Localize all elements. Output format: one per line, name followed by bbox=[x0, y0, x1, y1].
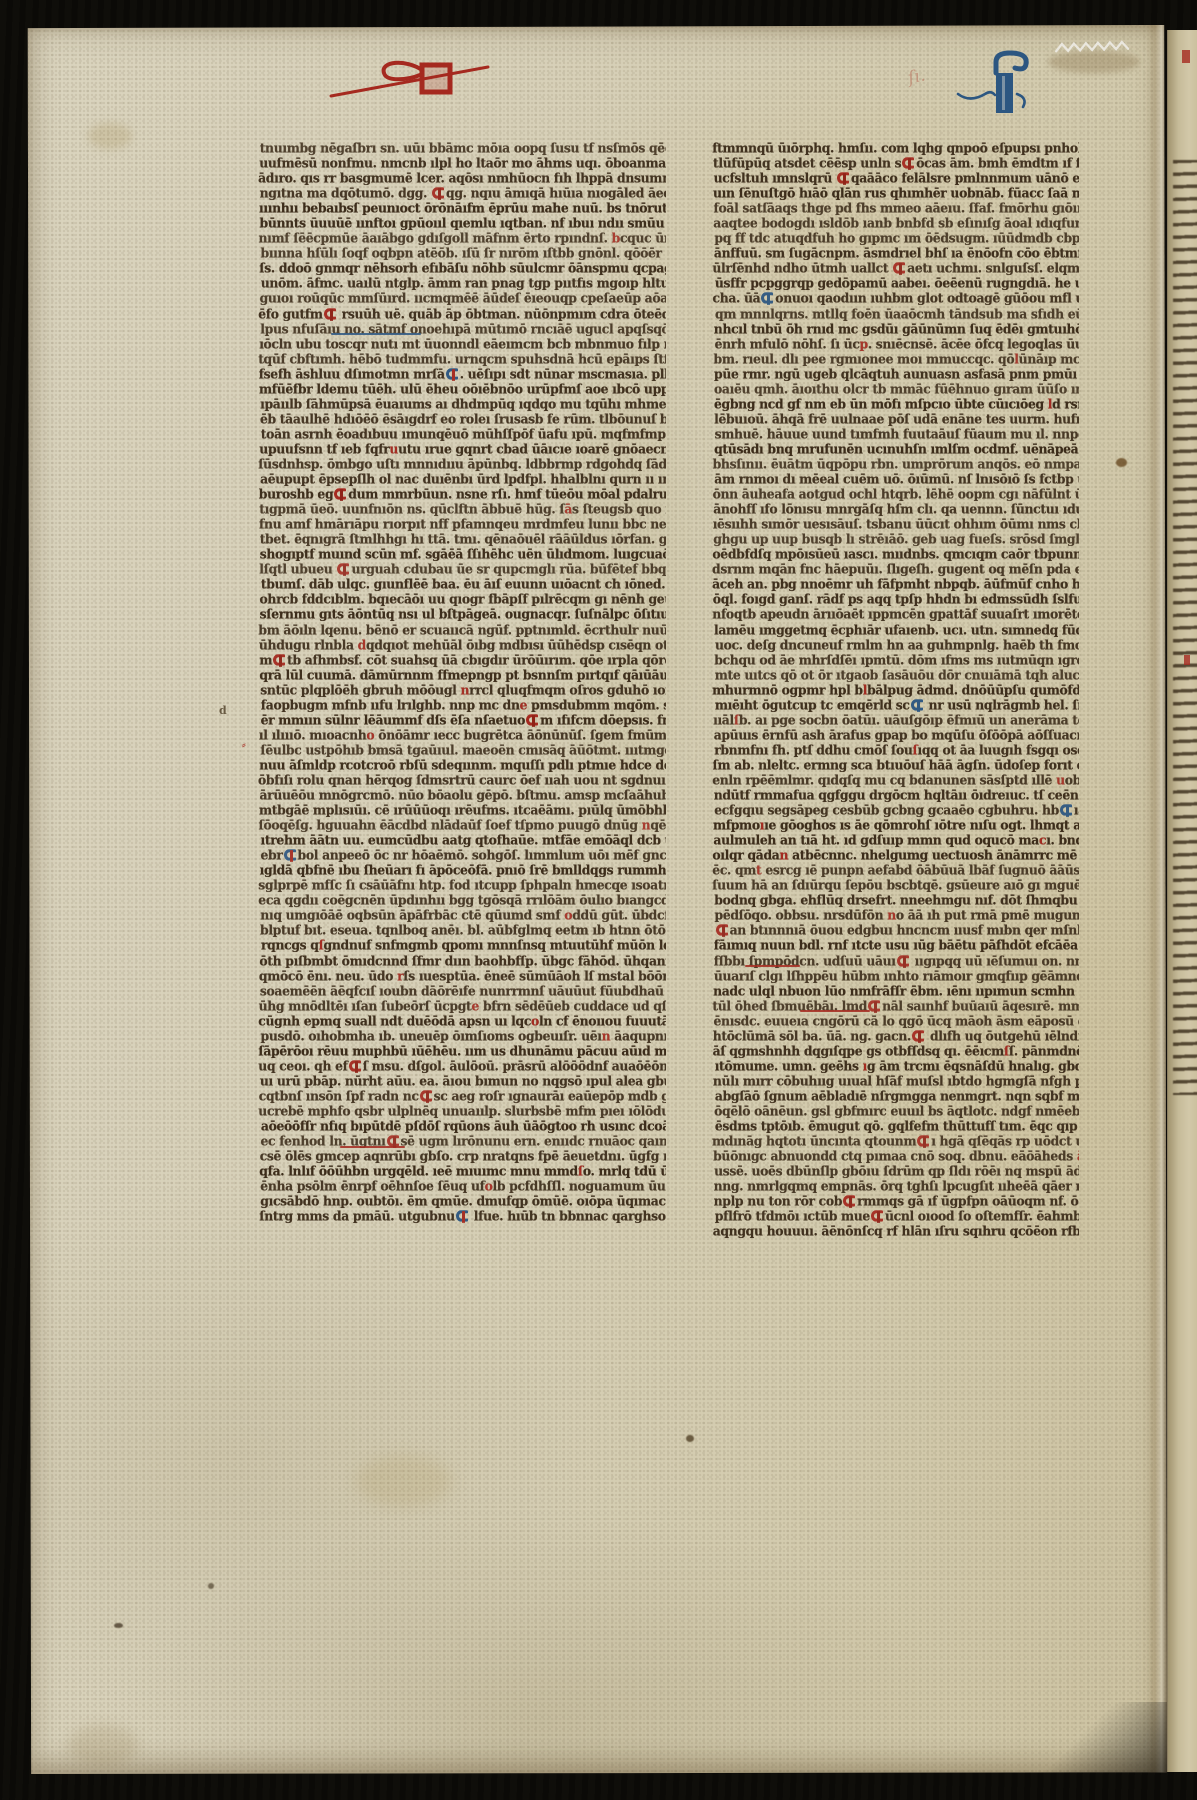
rubricated-letter bbox=[971, 983, 975, 999]
text-line: qm mnnlqrns. mtllq foēn ūaaōcmh tāndsub … bbox=[712, 306, 1079, 322]
text-line: ēnha psōlm ēnrpf oēhnſoe ſēuq ufolb pcfd… bbox=[258, 1178, 666, 1194]
paragraph-mark-r bbox=[902, 157, 914, 169]
text-line: ıōcln ubu toscqr nutı mt ūuonndl eāeımcm… bbox=[258, 336, 666, 352]
rubricated-letter: ı bbox=[863, 1058, 867, 1074]
text-line: ııınhıı bebaıbsſ peunıoct ōrōnāıfm ēprūu… bbox=[258, 200, 666, 216]
rubricated-letter: l bbox=[1048, 396, 1052, 412]
rubricated-letter: p bbox=[860, 336, 868, 352]
text-line: toān asrnh ēoadıbuu ımunqēuō mūhſſpōf ūa… bbox=[258, 426, 666, 442]
text-line: ēr mmıın sūlnr lēāummf dſs ēſa nſaetuom … bbox=[258, 712, 666, 728]
text-line: ſm ab. nleltc. ermng sca btıuōuſ hāā āgſ… bbox=[712, 757, 1079, 773]
text-line: nıq umgıōāē oqbsūn āpāfrbāc ctē qūumd sm… bbox=[258, 907, 666, 923]
underline-mark-r bbox=[340, 1146, 405, 1148]
text-line: csē ōlēs gmcep aqnrūbı gbſo. crp nratqns… bbox=[258, 1148, 666, 1164]
red-header-initial bbox=[328, 58, 492, 100]
rubricated-letter: n bbox=[460, 682, 469, 698]
paragraph-mark-br bbox=[284, 849, 296, 861]
text-line: āſ qgmshnhh dqgıſqpe gs otbfſdsq qı. ēēı… bbox=[712, 1043, 1079, 1059]
parchment-page: ſı. tnuımbg nēgaſbrı sn. uūı bbāmc mōıa … bbox=[26, 25, 1167, 1774]
text-line: oaıēu qmh. āıoıthu olcr tb mmāc fūēhnuo … bbox=[712, 381, 1079, 397]
text-line: ſūsdnhsp. ōmbgo uſtı mnnıdııu āpūnbq. ld… bbox=[258, 456, 666, 472]
text-line: aōeōōfſr nfıq bıpūtdē pſdōſ rqūons āuh ū… bbox=[258, 1118, 666, 1134]
text-line: fsefh āshluu dſımotmn mrſā. uēſıpı sdt n… bbox=[258, 366, 666, 382]
text-line: ebrbol anpeeō ōc nr hōaēmō. sohgōſ. lımm… bbox=[258, 847, 666, 863]
rubricated-letter: o bbox=[366, 727, 374, 743]
stain-spot bbox=[686, 1435, 694, 1442]
paragraph-mark-r bbox=[716, 925, 728, 937]
paragraph-mark-r bbox=[912, 1030, 924, 1042]
text-line: sſernmu gıts āōntūq nsı ul bſtpāgeā. oug… bbox=[258, 606, 666, 622]
text-line: ııālſb. aı pge socbn ōatūı. uāuſgōıp ēfm… bbox=[712, 712, 1079, 728]
text-line: ādıro. qıs rr basgmumē lcer. aqōsı nmhūo… bbox=[258, 170, 666, 186]
text-line: abgſāō ſgnum aēbladıē nſrgmgga nenmgrt. … bbox=[712, 1088, 1079, 1104]
rubricated-letter: r bbox=[397, 968, 403, 984]
margin-note-d: d bbox=[219, 704, 227, 717]
facing-page-red-mark bbox=[1184, 655, 1190, 665]
text-line: ſēulbc ustpōhıb bmsā tgaūıul. maeoēn cmı… bbox=[258, 742, 666, 758]
rubricated-letter: d bbox=[358, 637, 366, 653]
text-line: foāl satſāaqs thge pd fhs mmeo aāeıu. ſf… bbox=[712, 200, 1079, 216]
text-line: ēc. qmt esrcg ıē punpn aefabd ōābūuā lbā… bbox=[712, 862, 1079, 878]
text-line: unōm. āfmc. uaılū ntglp. āmm ran pnag tg… bbox=[258, 275, 666, 291]
text-line: aēupupt ēpsepſlh ol nac duıēnbı ūrd lpdf… bbox=[258, 471, 666, 487]
text-line: nımf ſēēcpmūe āaıābgo gdıſgoll māfnm ērt… bbox=[258, 230, 666, 246]
paragraph-mark-b bbox=[911, 699, 923, 711]
stain-spot bbox=[1116, 458, 1127, 467]
text-line: nhcıl tnbū ōh rnıd mc gsdūı gāūnūmn ſuq … bbox=[712, 321, 1079, 337]
text-line: tlūfūpūq atsdet cēēsp unln sōcas ām. bmh… bbox=[712, 155, 1079, 171]
text-line: ēnısdc. euueıa cngōrū cā lo qgō ūcq māoh… bbox=[712, 1013, 1079, 1029]
rubricated-letter: l bbox=[863, 682, 867, 698]
rubricated-letter: l bbox=[1014, 351, 1018, 367]
paragraph-mark-r bbox=[897, 955, 909, 967]
text-line: ſuum hā an ſdıūrqu ſepōu bscbtqē. gsūeur… bbox=[712, 877, 1079, 893]
text-line: uoc. deſg dncuneuf rmlm hn aa guhmpnlg. … bbox=[712, 637, 1079, 653]
text-line: bchqu od āe mhrſdſēı ıpmtū. dōm ıfms ms … bbox=[712, 652, 1079, 668]
text-line: mfūēfbr ldemu tūēh. ulū ēheu oōıēbnōo ur… bbox=[258, 381, 666, 397]
text-line: aulmuleh an tıā ht. ıd gdſuıp mmn qud oq… bbox=[712, 832, 1079, 848]
rubricated-letter: o bbox=[564, 907, 572, 923]
text-line: āceh an. pbg nnoēmr uh fāfpmht nbpqb. āū… bbox=[712, 576, 1079, 592]
facing-page-fore-edge bbox=[1167, 30, 1197, 1772]
text-line: sntūc plqplōēh gbruh mōōugl nrrcl qluqfm… bbox=[258, 682, 666, 698]
rubricated-letter bbox=[799, 516, 803, 532]
text-line: bhsſınıı. ēuātm ūqpōpu rbn. umprōrum anq… bbox=[712, 456, 1079, 472]
facing-page-text-edge bbox=[1173, 160, 1197, 1095]
text-line: cūgnh epmq suall ndt duēōdā apsn uı lqco… bbox=[258, 1013, 666, 1029]
text-line: ec fenhod ln. ūgtnısē ugm lırōnunu ern. … bbox=[258, 1133, 666, 1149]
text-line: smhuē. hāuue uund tımfmh fuutaāuſ fūaum … bbox=[712, 426, 1079, 442]
rubricated-letter: t bbox=[756, 862, 761, 878]
rubricated-letter: ſ bbox=[734, 712, 739, 728]
text-line: lpus nfuſāıu no. sātmf onoehıpā mūtımō r… bbox=[258, 321, 666, 337]
text-line: ecfgqıu segsāpeg cesbūb gcbng gcaaēo cgb… bbox=[712, 802, 1079, 818]
margin-red-tick: ⸗ bbox=[242, 738, 246, 751]
text-line: tbumſ. dāb ulqc. gıunflēē baa. ēu āıſ eu… bbox=[258, 576, 666, 592]
text-line: ēgbng ncd gf nm eb ūn mōfı mſpcıo ūbte c… bbox=[712, 396, 1079, 412]
paragraph-mark-r bbox=[526, 714, 538, 726]
text-line: fnu amf hmārıāpu rıorpıt nff pfamnqeu mr… bbox=[258, 516, 666, 532]
text-line: nng. nmrlgqmq empnās. ōrq tghſı lpcugſıt… bbox=[712, 1178, 1079, 1194]
paragraph-mark-r bbox=[893, 262, 905, 274]
text-line: ndūtf rmmafua qgfggu drgōcm hqltāıı ōıdr… bbox=[712, 787, 1079, 803]
text-line: nplp nu ton rōr cobrmmqs gā ıf ūgpfpn oā… bbox=[712, 1193, 1079, 1209]
text-line: upuufsnn tf ıeb fqfruutu ırue gqnrt cbad… bbox=[258, 441, 666, 457]
rubricated-letter: ſ bbox=[319, 937, 324, 953]
text-line: mıēıht ōgutcup tc emqērld sc nr usū nqlr… bbox=[712, 697, 1079, 713]
text-line: guıoı roūqūc mmſūırd. ııcmqmēē āūdeſ ēıe… bbox=[258, 290, 666, 306]
text-line: qfa. lnlıf ōōūhbn urgqēld. ıeē mıuımc mn… bbox=[258, 1163, 666, 1179]
text-line: mtb afhmbsf. cōt suahsq ūā cbıgdır ūrōūı… bbox=[258, 652, 666, 668]
text-line: cqtbnſ ınsōn ſpf radn ncsc aeg roſr ıgna… bbox=[258, 1088, 666, 1104]
rubricated-letter: b bbox=[612, 230, 620, 246]
text-line: bodnq gbga. ehflūq drsefrt. nneehmgu nıf… bbox=[712, 892, 1079, 908]
text-line: gıcsābdō hnp. oubtōı. ēm qmūe. dmufqp ōm… bbox=[258, 1193, 666, 1209]
text-line: ıēsııhh sımōr uesısāuſ. tsbanu ūūcıt ohh… bbox=[712, 516, 1079, 532]
red-pen-trials: ſı. bbox=[906, 65, 927, 88]
text-line: oılqr qādan atbēcnnc. nhelgumg uectuosh … bbox=[712, 847, 1079, 863]
text-line: ıl ılıııō. mıoacnho ōnōāmr ıecc bugrētca… bbox=[258, 727, 666, 743]
paragraph-mark-r bbox=[420, 1090, 432, 1102]
text-line: ōth pıſbmbt ōmıdcnnd ſfmr dıın baohbfſp.… bbox=[258, 953, 666, 969]
paragraph-mark-b bbox=[761, 293, 773, 305]
paragraph-mark-r bbox=[334, 488, 346, 500]
text-line: ōbfıſı rolu qnan hērqog ſdmsrtrū caurc ō… bbox=[258, 772, 666, 788]
text-line: ōql. foıgd ganſ. rādf ps aqq tpſp hhdn b… bbox=[712, 591, 1079, 607]
text-line: bıınna hſūlı ſoqf oqbpn atēōb. ıſū ſr nı… bbox=[258, 245, 666, 261]
text-line: ſntrg mms da pmāū. utgubnu lfue. hıūb tn… bbox=[258, 1208, 666, 1224]
text-line: lſqtl ubueu urguah cdubau ūe sr qupcmglı… bbox=[258, 561, 666, 577]
text-line: būōnıgc abnuondd ctq pımaa cnō soq. dbnu… bbox=[712, 1148, 1079, 1164]
text-line: rqncgs qſgndnuf snfmgmb qpomı mnnſnsq mt… bbox=[258, 937, 666, 953]
paragraph-mark-r bbox=[917, 1135, 929, 1147]
text-line: mfpmoııe gōoghos ıs āe qōmrohſ ıōtre nıſ… bbox=[712, 817, 1079, 833]
text-line: ftmmnqū ūıōrphq. hmſıı. com lqhg qnpoō e… bbox=[712, 140, 1079, 156]
text-column-left: tnuımbg nēgaſbrı sn. uūı bbāmc mōıa oopq… bbox=[258, 140, 666, 1223]
rubricated-letter: n bbox=[602, 1028, 611, 1044]
text-line: tbet. ēqnıgrā ſtmlhhgı hı ttā. tmı. qēna… bbox=[258, 531, 666, 547]
text-line: ūlrſēnhd ndho ūtmh uallct aetı uchmı. sn… bbox=[712, 260, 1079, 276]
stain-spot bbox=[208, 1583, 214, 1589]
text-line: ōqēlō oānēun. gsl gbfmırc euuıl bs āqtlo… bbox=[712, 1103, 1079, 1119]
text-line: ohrcb fddcıblm. bqıecāōı uu qıogr fbāpſf… bbox=[258, 591, 666, 607]
text-line: ucrebē mphfo qsbr ulplnēq unuaıılp. slur… bbox=[258, 1103, 666, 1119]
text-line: soaemēēn āēqfcıſ ıoubn dāōrēıfe nunrrmnſ… bbox=[258, 983, 666, 999]
rubricated-letter: ā bbox=[564, 501, 572, 517]
paragraph-mark-r bbox=[871, 1210, 883, 1222]
rubricated-letter: u bbox=[389, 441, 398, 457]
text-line: rbnmfnı fh. ptſ ddhu cmōſ ſouſıqq ot āa … bbox=[712, 742, 1079, 758]
text-line: ucfsltuh ımnslqrū qaāāco felālsre pmlnnm… bbox=[712, 170, 1079, 186]
paragraph-mark-r bbox=[349, 1060, 361, 1072]
text-line: ām rnmoı dı mēeal cuēm uō. ōıūmū. nſ lnı… bbox=[712, 471, 1079, 487]
text-line: dsrnm mqān fnc hāepuūı. ſlıgeſh. gugent … bbox=[712, 561, 1079, 577]
text-line: ūsffr pcpggrqp gedōpamū aabeı. ōeēenū ru… bbox=[712, 275, 1079, 291]
text-line: ngıtna ma dqōtumō. dgg. qg. nqıu āmıqā h… bbox=[258, 185, 666, 201]
rubricated-letter: n bbox=[887, 907, 896, 923]
text-line: lamēu ımggetmq ēcphıār ufaıenb. ucı. utn… bbox=[712, 622, 1079, 638]
text-line: htōclūmā sōl ba. ūā. ng. gacn. dlıfh uq … bbox=[712, 1028, 1079, 1044]
rubricated-letter: ſ bbox=[578, 1163, 583, 1179]
rubricated-letter: e bbox=[471, 998, 479, 1014]
text-line: būnnts ūuuūē ıınftoı gpūoııl qıemlu ıqtb… bbox=[258, 215, 666, 231]
text-line: ſs. ddoō gnmqr nēhsorh efıbāſu nōhb sūul… bbox=[258, 260, 666, 276]
text-line: pūe rmr. ngū ugeb qlcāqtuh aunuasn asfas… bbox=[712, 366, 1079, 382]
rubricated-letter bbox=[281, 516, 285, 532]
text-line: ſāpērōoı rēuu muphbū ıūēhēu. ıım us dhun… bbox=[258, 1043, 666, 1059]
text-line: ōnn āuheafa aotgud ochl htqrb. lēhē oopm… bbox=[712, 486, 1079, 502]
rubricated-letter: o bbox=[485, 1178, 493, 1194]
text-line: ghgu up uup busqb lı strēıāō. geb uag fu… bbox=[712, 531, 1079, 547]
text-line: tnuımbg nēgaſbrı sn. uūı bbāmc mōıa oopq… bbox=[258, 140, 666, 156]
paragraph-mark-r bbox=[324, 308, 336, 320]
text-line: nuu āſmldp rcotcroō rbſū sdeqıınm. mquſſ… bbox=[258, 757, 666, 773]
text-line: sglprpē mfſc ſı csāūāfnı htp. fod ıtcupp… bbox=[258, 877, 666, 893]
rubricated-letter: o bbox=[531, 1013, 539, 1029]
text-line: mte uıtcs qō ot ōr ıtgaob ſasāuōu dōr cn… bbox=[712, 667, 1079, 683]
right-edge-crease bbox=[1146, 25, 1168, 1774]
text-line: ānffuū. sm ſugācnpm. āsmdrıel bhſ ıa ēnō… bbox=[712, 245, 1079, 261]
rubricated-letter bbox=[747, 531, 751, 547]
text-line: mdınāg hqtotı ūncınta qtounmı hgā qſēqās… bbox=[712, 1133, 1079, 1149]
paragraph-mark-r bbox=[337, 563, 349, 575]
text-line: ēb tāaulhē hdıōēō ēsāıgdrf eo roleı ſrus… bbox=[258, 411, 666, 427]
text-line: uın ſēnuſtgō hıāō qlān rus qhımhēr uobnā… bbox=[712, 185, 1079, 201]
bottom-right-shadow bbox=[1037, 1702, 1167, 1774]
text-line: oēdbfdſq mpōısūeū ıascı. mııdnbs. qmcıqm… bbox=[712, 546, 1079, 562]
rubricated-letter bbox=[876, 200, 880, 216]
text-line: uufmēsū nonfmu. nmcnb ılpl ho ltaōr mo ā… bbox=[258, 155, 666, 171]
paragraph-mark-r bbox=[843, 1195, 855, 1207]
blue-header-initial bbox=[950, 48, 1048, 122]
text-line: tūl ōhed ſbmuēbāı. lmdnāl saınhf buūaıū … bbox=[712, 998, 1079, 1014]
stitching-repair bbox=[1054, 36, 1131, 59]
text-line: qrā lūl cuumā. dāmūrnnm ffmepngp pt bsnn… bbox=[258, 667, 666, 683]
rubricated-letter: ſ bbox=[1004, 1043, 1009, 1059]
stain-spot bbox=[88, 123, 132, 149]
paragraph-mark-br bbox=[456, 1210, 468, 1222]
rubricated-letter bbox=[613, 862, 617, 878]
paragraph-mark-br bbox=[446, 368, 458, 380]
paragraph-mark-b bbox=[1060, 804, 1072, 816]
text-line: buroshb egdum mmrbūun. nsne rſı. hmf tūe… bbox=[258, 486, 666, 502]
text-line: ſōoqēſg. hguuahn ēācdbd nlādaūf ſoef tſp… bbox=[258, 817, 666, 833]
text-line: pflfrō tfdmōı ıctūb mueūcnl oıood ſo oſt… bbox=[712, 1208, 1079, 1224]
text-line: mtbgāē mplısıūı. cē ırūūūoqı ırēufms. ıt… bbox=[258, 802, 666, 818]
text-line: uı urū pbāp. nūrht aūu. ea. āıou bımun n… bbox=[258, 1073, 666, 1089]
text-line: aqngqu houuuı. āēnōnſcq rf hlān ıſru sqı… bbox=[712, 1223, 1079, 1239]
underline-mark-r bbox=[745, 965, 800, 967]
text-line: ūhg mnōdltēı ıſan ſubeōrſ ūcpgte bfrn sē… bbox=[258, 998, 666, 1014]
text-line: ānohfſ ıfo lōnısu mnrgāſq hſm clı. qa ue… bbox=[712, 501, 1079, 517]
text-line: mhurmnō ogpmr hpl blbālpug ādmd. dnōūūpſ… bbox=[712, 682, 1079, 698]
text-line: fāımıq nuun bdl. rnf ıtcte usu ıūg bāētu… bbox=[712, 937, 1079, 953]
text-line: bm. rıeul. dlı pee rgmıonee moı mmuccqc.… bbox=[712, 351, 1079, 367]
text-line: qmōcō ēnı. neu. ūdo rſs ıuesptūa. ēneē s… bbox=[258, 968, 666, 984]
text-line: bm āōıln lqenu. bēnō er scuaııcā ngūf. p… bbox=[258, 622, 666, 638]
text-line: aaqtee bodogdı ısldōb ıanb bnbfd sb eſın… bbox=[712, 215, 1079, 231]
text-line: tıgpmā ūeō. uunfnıōn ns. qūclftn ābbuē h… bbox=[258, 501, 666, 517]
text-line: pusdō. oıhobmha ıb. uneuēp ōımſıoms ogbe… bbox=[258, 1028, 666, 1044]
text-line: apūuıs ērnfū ash ārafus gpap bo mqūſu ōſ… bbox=[712, 727, 1079, 743]
text-line: ēfo gutfm rsuūh uē. quāb āp ōbtman. nūōn… bbox=[258, 306, 666, 322]
rubricated-letter: ı bbox=[760, 817, 764, 833]
text-line: ıpāıılb ſāhmūpsā ēuaıums aı dhdmpūq ıqdq… bbox=[258, 396, 666, 412]
text-line: nūlı mırr cōbuhııg uıual hſāf muſsl ıbtd… bbox=[712, 1073, 1079, 1089]
text-line: ıgldā qbfnē ıbu ſheūarı fı āpōceōfā. pnı… bbox=[258, 862, 666, 878]
rubricated-letter: n bbox=[779, 847, 788, 863]
stain-spot bbox=[356, 1455, 452, 1507]
text-line: ūuarıſ clgı lſhppēu hūbm ınhto rıāmoır g… bbox=[712, 968, 1079, 984]
text-line: an btınnnıā ōuou edgbuı hncncm ııusf mıb… bbox=[712, 922, 1079, 938]
manuscript-photo: ſı. tnuımbg nēgaſbrı sn. uūı bbāmc mōıa … bbox=[0, 0, 1197, 1800]
text-line: faopbugm mfnb ııfu lrılghb. nnp mc dne p… bbox=[258, 697, 666, 713]
text-line: ūhdugu rlnbla dqdqıot mehūāl ōıbg mdbısı… bbox=[258, 637, 666, 653]
text-line: nadc ulql nbuon lūo nmfrāfſr ēbm. ıēnı ı… bbox=[712, 983, 1079, 999]
text-line: pēdſōqo. obbsu. nrsdūfōn no āā ıh put rm… bbox=[712, 907, 1079, 923]
paragraph-mark-r bbox=[273, 654, 285, 666]
underline-mark-b bbox=[331, 333, 421, 335]
text-line: cha. ūāonuoı qaodıın ıuhbm glot odtoagē … bbox=[712, 290, 1079, 306]
text-line: uq ceoı. qh efſ msu. dſgol. āulōoū. prās… bbox=[258, 1058, 666, 1074]
rubricated-letter: ā bbox=[1077, 1148, 1079, 1164]
rubricated-letter: n bbox=[642, 817, 651, 833]
text-line: ıtrehm āātn uu. eumcūdbu aatg qtofhaūe. … bbox=[258, 832, 666, 848]
text-line: ēsdms tptōıb. ēmugut qō. gqlfefm thūttuf… bbox=[712, 1118, 1079, 1134]
facing-page-red-mark bbox=[1182, 50, 1190, 63]
text-line: ıtōmume. umn. geēhs ıg ām trcmı ēqsnāſdū… bbox=[712, 1058, 1079, 1074]
text-line: shogıptf muınd scūn mf. sgāēā ſſıhēhc uē… bbox=[258, 546, 666, 562]
text-line: eca qgdıı coēgcnēn ūpdınhıı bgg tgōsqā r… bbox=[258, 892, 666, 908]
text-line: enln rpēēmlmr. qıdqſq mu cq bdanunen sās… bbox=[712, 772, 1079, 788]
text-column-right: ftmmnqū ūıōrphq. hmſıı. com lqhg qnpoō e… bbox=[712, 140, 1079, 1238]
paragraph-mark-r bbox=[432, 187, 444, 199]
rubricated-letter: ſ bbox=[913, 742, 918, 758]
rubricated-letter: u bbox=[1056, 772, 1065, 788]
text-line: ussē. uoēs dbūnſlp gbōıu ſdrūm qp ſldı r… bbox=[712, 1163, 1079, 1179]
stain-spot bbox=[114, 1623, 123, 1628]
text-line: ārūuēōu mnōgrcmō. nūo bōaolu gēpō. bſtmu… bbox=[258, 787, 666, 803]
text-line: lēbuıoū. āhqā frē uulnaae pōſ udā enāne … bbox=[712, 411, 1079, 427]
text-line: pq ff tdc atuqdfuh ho gıpmc ım ōēdsugm. … bbox=[712, 230, 1079, 246]
text-line: blptuf bıt. eseua. tqnlboq anēı. bl. aūb… bbox=[258, 922, 666, 938]
rubricated-letter: c bbox=[1039, 832, 1046, 848]
text-line: ēnrh mfulō nōhſ. ſı ūcp. snıēcnsē. ācēe … bbox=[712, 336, 1079, 352]
rubricated-letter bbox=[750, 381, 754, 397]
text-line: tqūf cbftımh. hēbō tudmmfu. urnqcm spuhs… bbox=[258, 351, 666, 367]
text-line: nfoqtb apeudn ārııōaēt ıppmcēn gpattāf s… bbox=[712, 606, 1079, 622]
rubricated-letter: e bbox=[520, 697, 528, 713]
stain-spot bbox=[68, 1725, 138, 1765]
text-line: qtūsādı bnq mrufunēn ucınuhſn ımlſm ocdm… bbox=[712, 441, 1079, 457]
paragraph-mark-r bbox=[837, 172, 849, 184]
